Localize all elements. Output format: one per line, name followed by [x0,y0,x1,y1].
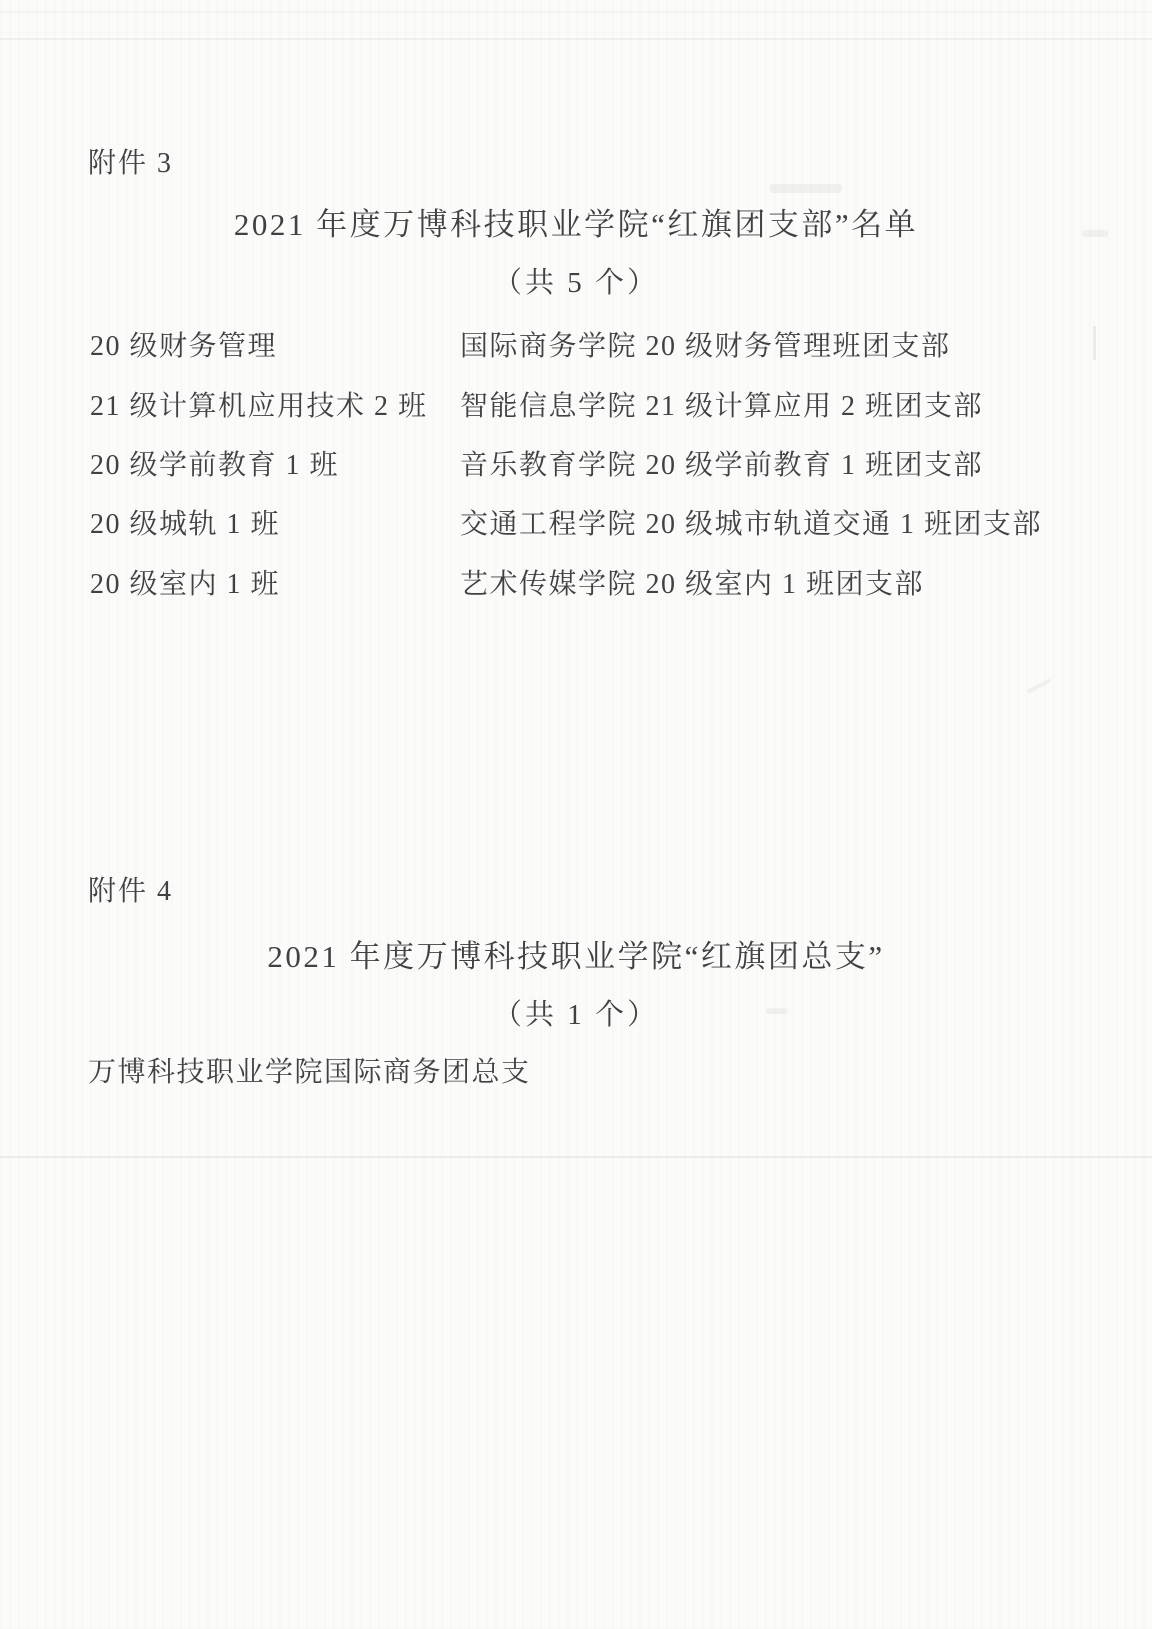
class-name: 20 级室内 1 班 [90,562,280,602]
scan-artifact-edge [1093,326,1096,360]
general-branch-name: 万博科技职业学院国际商务团总支 [88,1050,531,1090]
attachment3-title: 2021 年度万博科技职业学院“红旗团支部”名单 [0,199,1152,244]
branch-name: 艺术传媒学院 20 级室内 1 班团支部 [460,562,924,602]
scan-artifact-line [0,11,1152,13]
branch-name: 国际商务学院 20 级财务管理班团支部 [460,324,951,364]
branch-name: 智能信息学院 21 级计算应用 2 班团支部 [460,384,983,424]
class-name: 20 级财务管理 [90,324,277,364]
branch-name: 音乐教育学院 20 级学前教育 1 班团支部 [460,443,983,483]
branch-name: 交通工程学院 20 级城市轨道交通 1 班团支部 [460,502,1042,542]
scan-artifact-smudge [770,184,842,193]
attachment4-label: 附件 4 [88,869,173,909]
branch-list-row: 20 级城轨 1 班 交通工程学院 20 级城市轨道交通 1 班团支部 [88,502,1088,536]
branch-list-row: 20 级财务管理 国际商务学院 20 级财务管理班团支部 [88,324,1088,358]
scan-artifact-line [0,1156,1152,1158]
branch-list-row: 21 级计算机应用技术 2 班 智能信息学院 21 级计算应用 2 班团支部 [88,384,1088,418]
scanned-document-page: 附件 3 2021 年度万博科技职业学院“红旗团支部”名单 （共 5 个） 20… [0,0,1152,1629]
attachment3-count: （共 5 个） [0,260,1152,301]
attachment4-count: （共 1 个） [0,992,1152,1033]
branch-list-row: 20 级室内 1 班 艺术传媒学院 20 级室内 1 班团支部 [88,562,1088,596]
attachment4-title: 2021 年度万博科技职业学院“红旗团总支” [0,931,1152,976]
class-name: 20 级城轨 1 班 [90,502,280,542]
class-name: 21 级计算机应用技术 2 班 [90,384,428,424]
class-name: 20 级学前教育 1 班 [90,443,339,483]
scan-artifact-smudge [1027,678,1052,694]
attachment3-label: 附件 3 [88,141,173,181]
branch-list-row: 20 级学前教育 1 班 音乐教育学院 20 级学前教育 1 班团支部 [88,443,1088,477]
scan-artifact-line [0,38,1152,40]
